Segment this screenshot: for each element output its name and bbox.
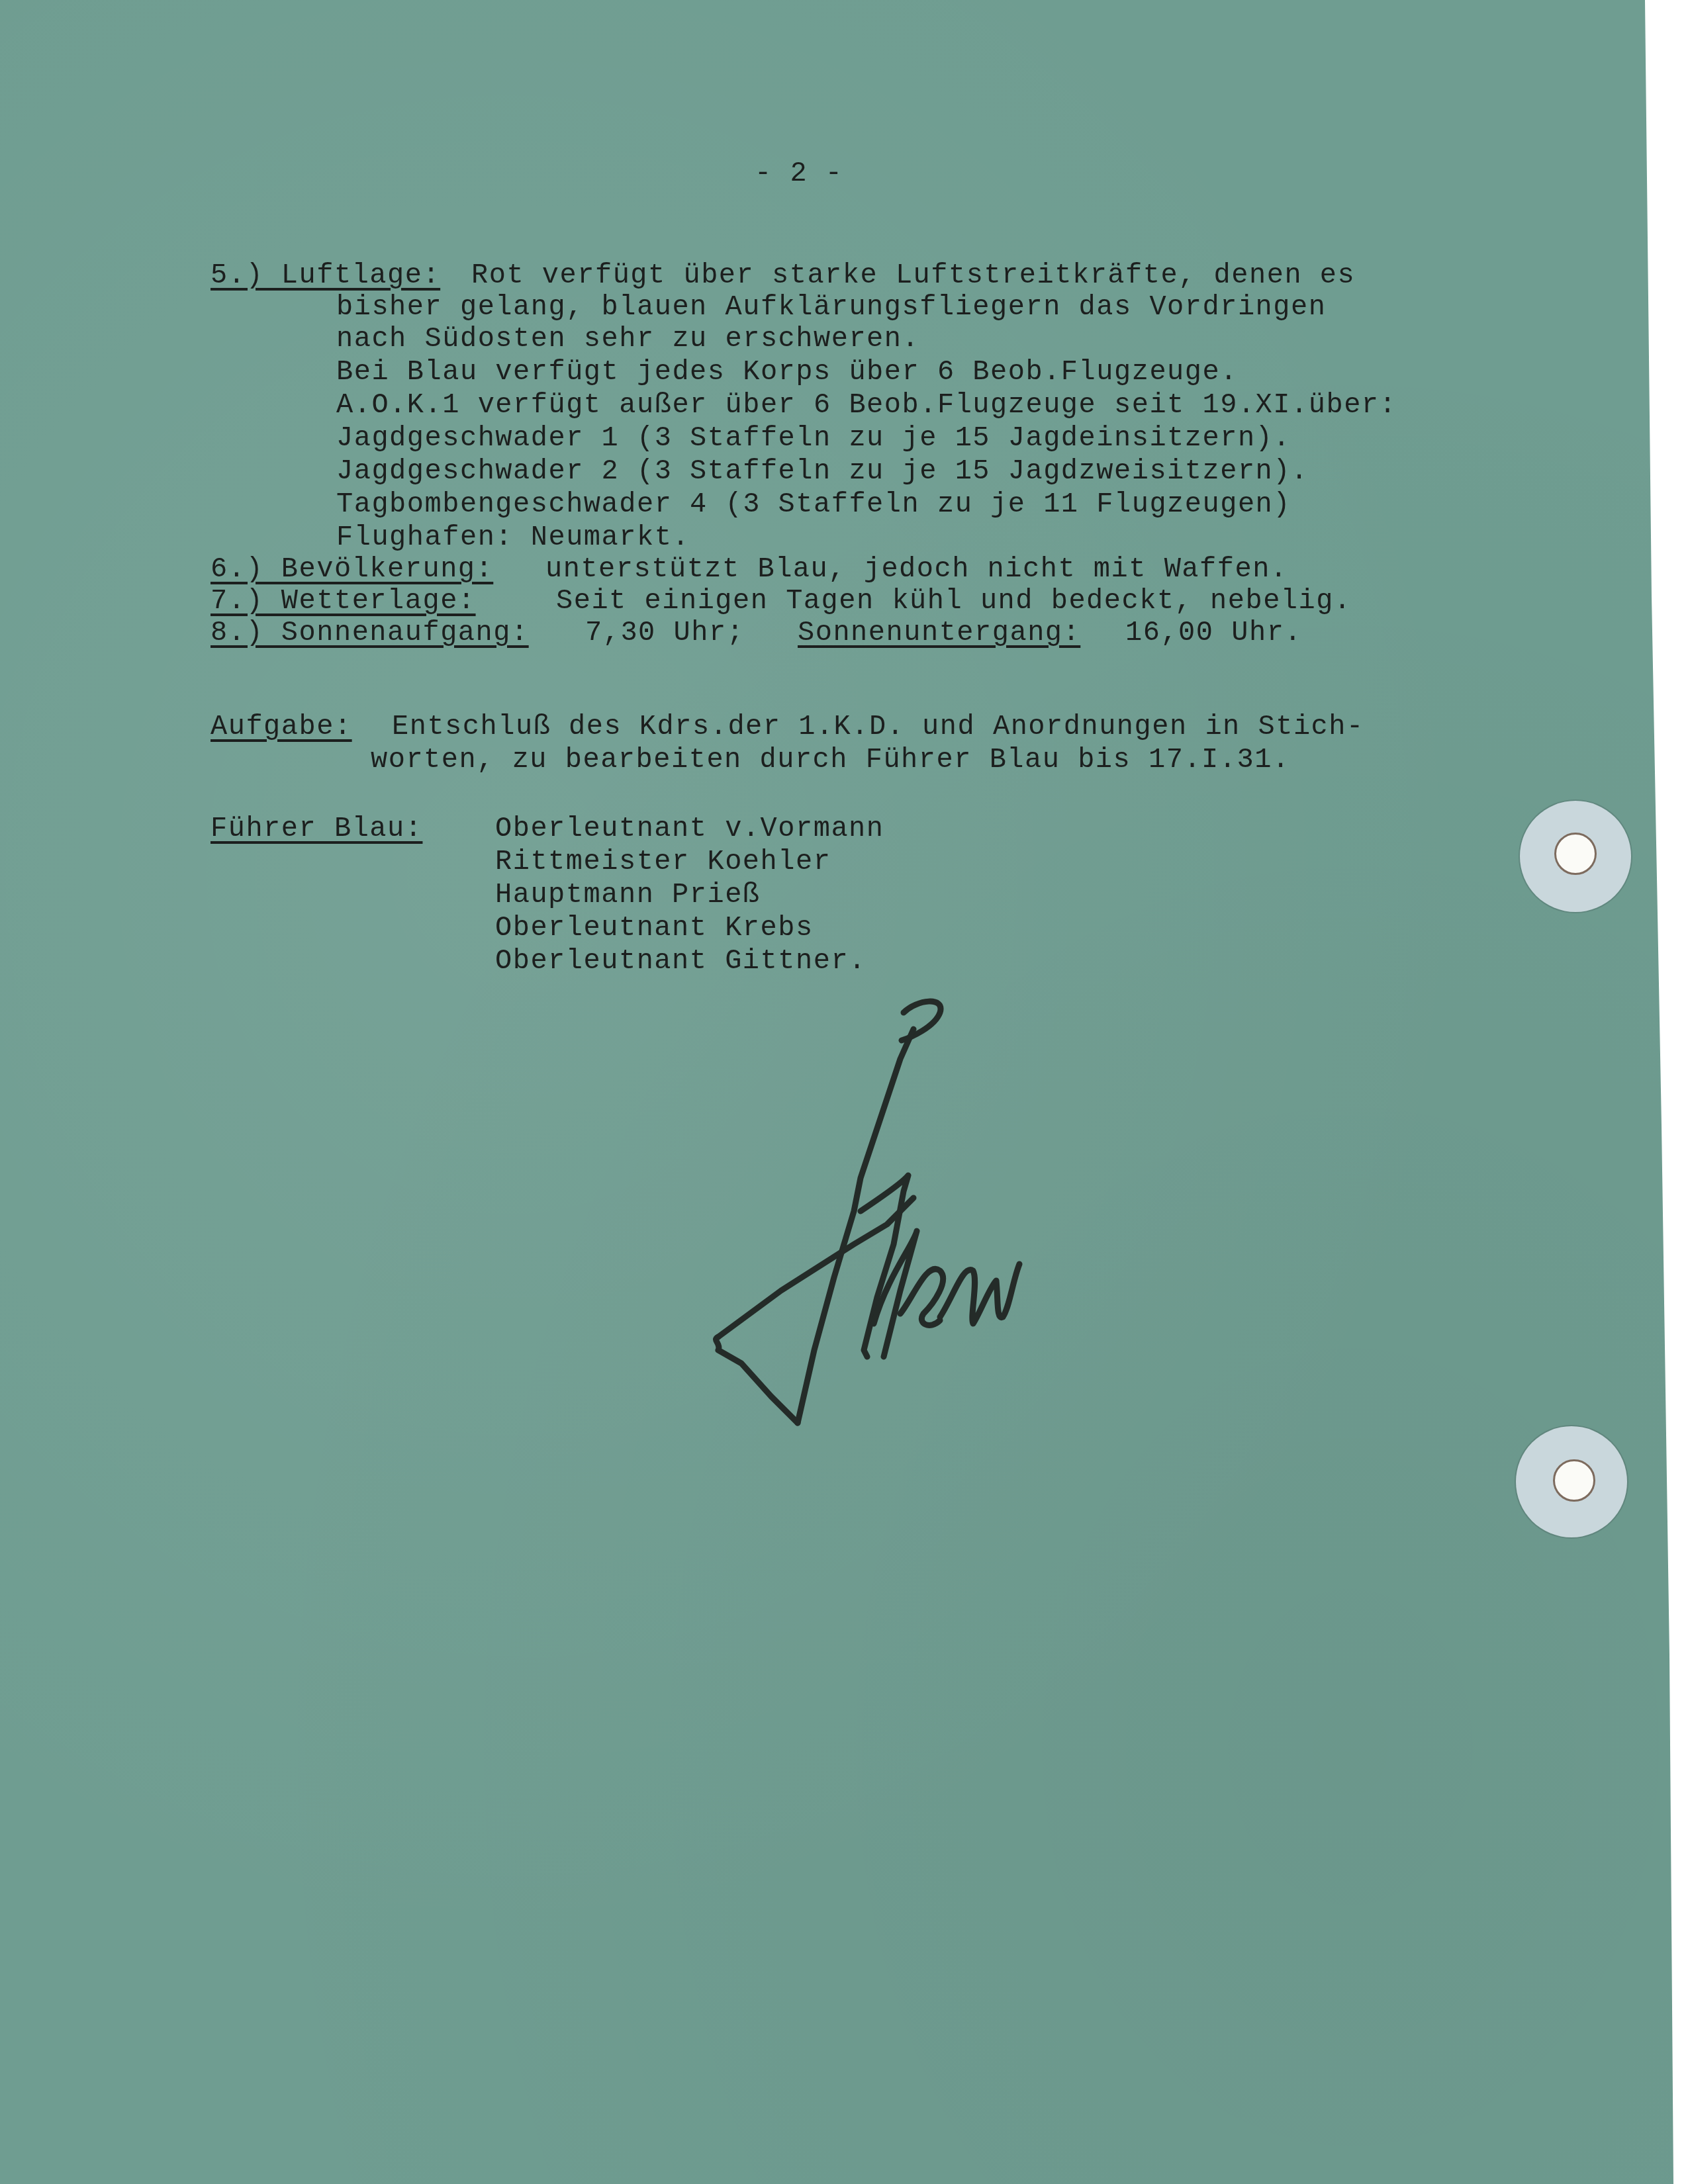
punch-hole-top-icon xyxy=(1520,801,1631,912)
signature-icon xyxy=(0,0,1688,2184)
punch-hole-bottom-icon xyxy=(1516,1426,1627,1537)
